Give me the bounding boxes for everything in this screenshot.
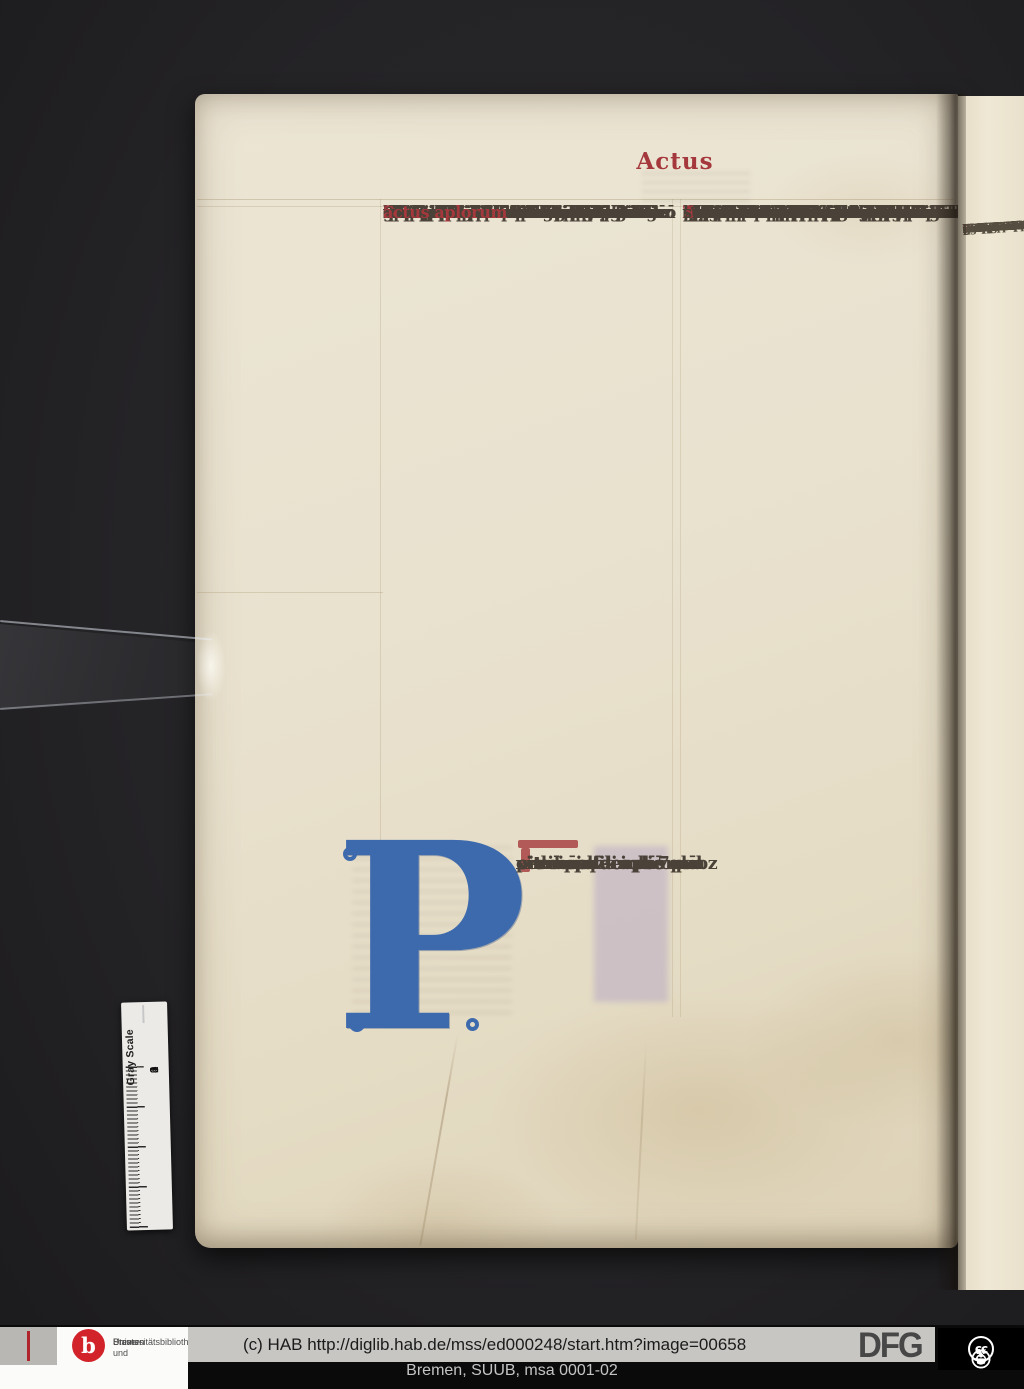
cc-sa-label: SA: [976, 1349, 986, 1356]
facing-page-edge: 7 iohānes iacphilippus 7 thommacus 7 mat…: [958, 96, 1024, 1290]
page-edge-highlight: [196, 630, 226, 702]
hab-stripes-logo: [0, 1327, 57, 1365]
hab-stripe: [27, 1338, 31, 1354]
ruler-ticks-major: [126, 1066, 148, 1228]
shelfmark-caption: Bremen, SUUB, msa 0001-02: [0, 1362, 1024, 1380]
copyright-strip: (c) HAB http://diglib.hab.de/mss/ed00024…: [188, 1327, 935, 1362]
initial-flourish: [343, 847, 357, 861]
copyright-text: (c) HAB http://diglib.hab.de/mss/ed00024…: [243, 1335, 746, 1355]
gutter-shadow: [936, 94, 966, 1290]
showthrough-text: [642, 172, 750, 202]
grayscale-number: 0: [149, 1066, 161, 1073]
ruling-line: [680, 199, 681, 1017]
ruling-line: [197, 199, 953, 200]
illuminated-initial-p: P: [334, 842, 544, 1052]
manuscript-page: [195, 94, 958, 1248]
initial-flourish: [349, 1016, 365, 1032]
ruling-line: [672, 199, 673, 1017]
ruling-line: [197, 592, 383, 593]
facing-page-text: 7 iohānes iacphilippus 7 thommacus 7 mat…: [962, 214, 1024, 1051]
grayscale-ruler: Gray Scale 43210: [121, 1001, 173, 1230]
bremen-b-logo: b: [72, 1329, 105, 1362]
ruler-numbers: 43210: [147, 1064, 167, 1230]
running-title: Actus: [595, 149, 755, 175]
grayscale-patch-white: [142, 1005, 144, 1023]
grayscale-patches: [142, 1005, 163, 1006]
initial-flourish: [466, 1018, 479, 1031]
dfg-logo: DFG: [858, 1326, 922, 1364]
red-guide-mark: [518, 840, 578, 848]
library-name-line: Bremen: [113, 1337, 145, 1348]
photo-stage: Actus 7 apostoloz xiiu discipulus postea…: [0, 0, 1024, 1389]
